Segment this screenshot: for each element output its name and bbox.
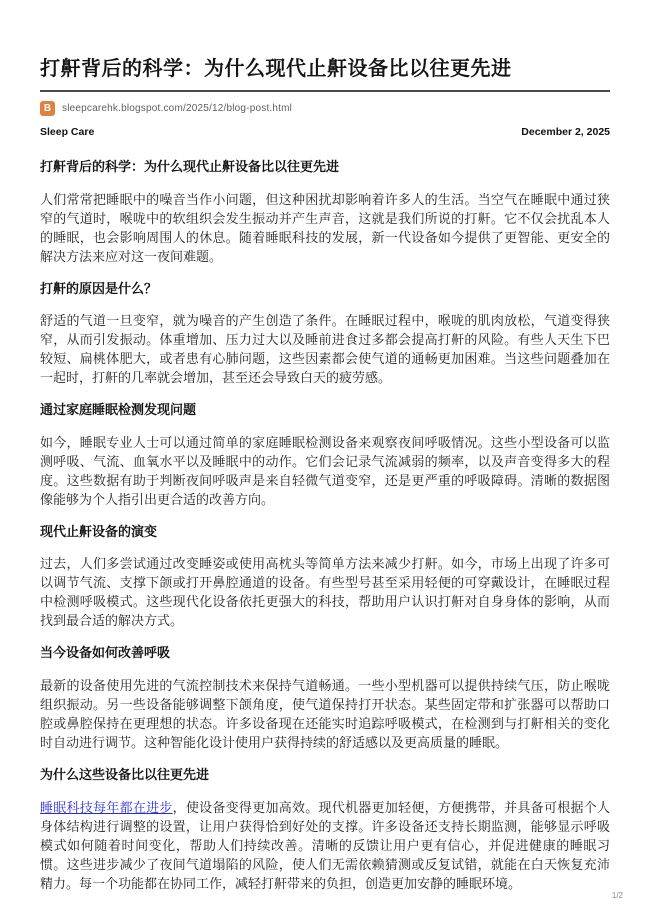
page-title: 打鼾背后的科学：为什么现代止鼾设备比以往更先进 [40,57,610,82]
publish-date: December 2, 2025 [521,126,610,138]
section-paragraph-breathing-improvement: 最新的设备使用先进的气流控制技术来保持气道畅通。一些小型机器可以提供持续气压，防… [40,676,610,752]
page-number-indicator: 1/2 [612,891,623,900]
section-paragraph-why-advanced: 睡眠科技每年都在进步，使设备变得更加高效。现代机器更加轻便，方便携带，并具备可根… [40,798,610,893]
article-heading: 打鼾背后的科学：为什么现代止鼾设备比以往更先进 [40,159,610,175]
section-paragraph-causes: 舒适的气道一旦变窄，就为噪音的产生创造了条件。在睡眠过程中，喉咙的肌肉放松，气道… [40,311,610,387]
source-url-row: B sleepcarehk.blogspot.com/2025/12/blog-… [40,100,610,116]
document-page: 打鼾背后的科学：为什么现代止鼾设备比以往更先进 B sleepcarehk.bl… [0,0,650,893]
section-paragraph-device-evolution: 过去，人们多尝试通过改变睡姿或使用高枕头等简单方法来减少打鼾。如今，市场上出现了… [40,554,610,630]
source-url: sleepcarehk.blogspot.com/2025/12/blog-po… [62,103,292,114]
blogger-icon: B [40,101,55,116]
sleep-tech-link[interactable]: 睡眠科技每年都在进步 [40,800,173,815]
section-heading-home-testing: 通过家庭睡眠检测发现问题 [40,402,610,418]
section-heading-device-evolution: 现代止鼾设备的演变 [40,524,610,540]
section-heading-breathing-improvement: 当今设备如何改善呼吸 [40,645,610,661]
site-name: Sleep Care [40,126,94,138]
intro-paragraph: 人们常常把睡眠中的噪音当作小问题，但这种困扰却影响着许多人的生活。当空气在睡眠中… [40,190,610,266]
title-divider [40,90,610,92]
section-heading-causes: 打鼾的原因是什么？ [40,281,610,297]
section-paragraph-home-testing: 如今，睡眠专业人士可以通过简单的家庭睡眠检测设备来观察夜间呼吸情况。这些小型设备… [40,433,610,509]
section-heading-why-advanced: 为什么这些设备比以往更先进 [40,767,610,783]
meta-row: Sleep Care December 2, 2025 [40,126,610,138]
